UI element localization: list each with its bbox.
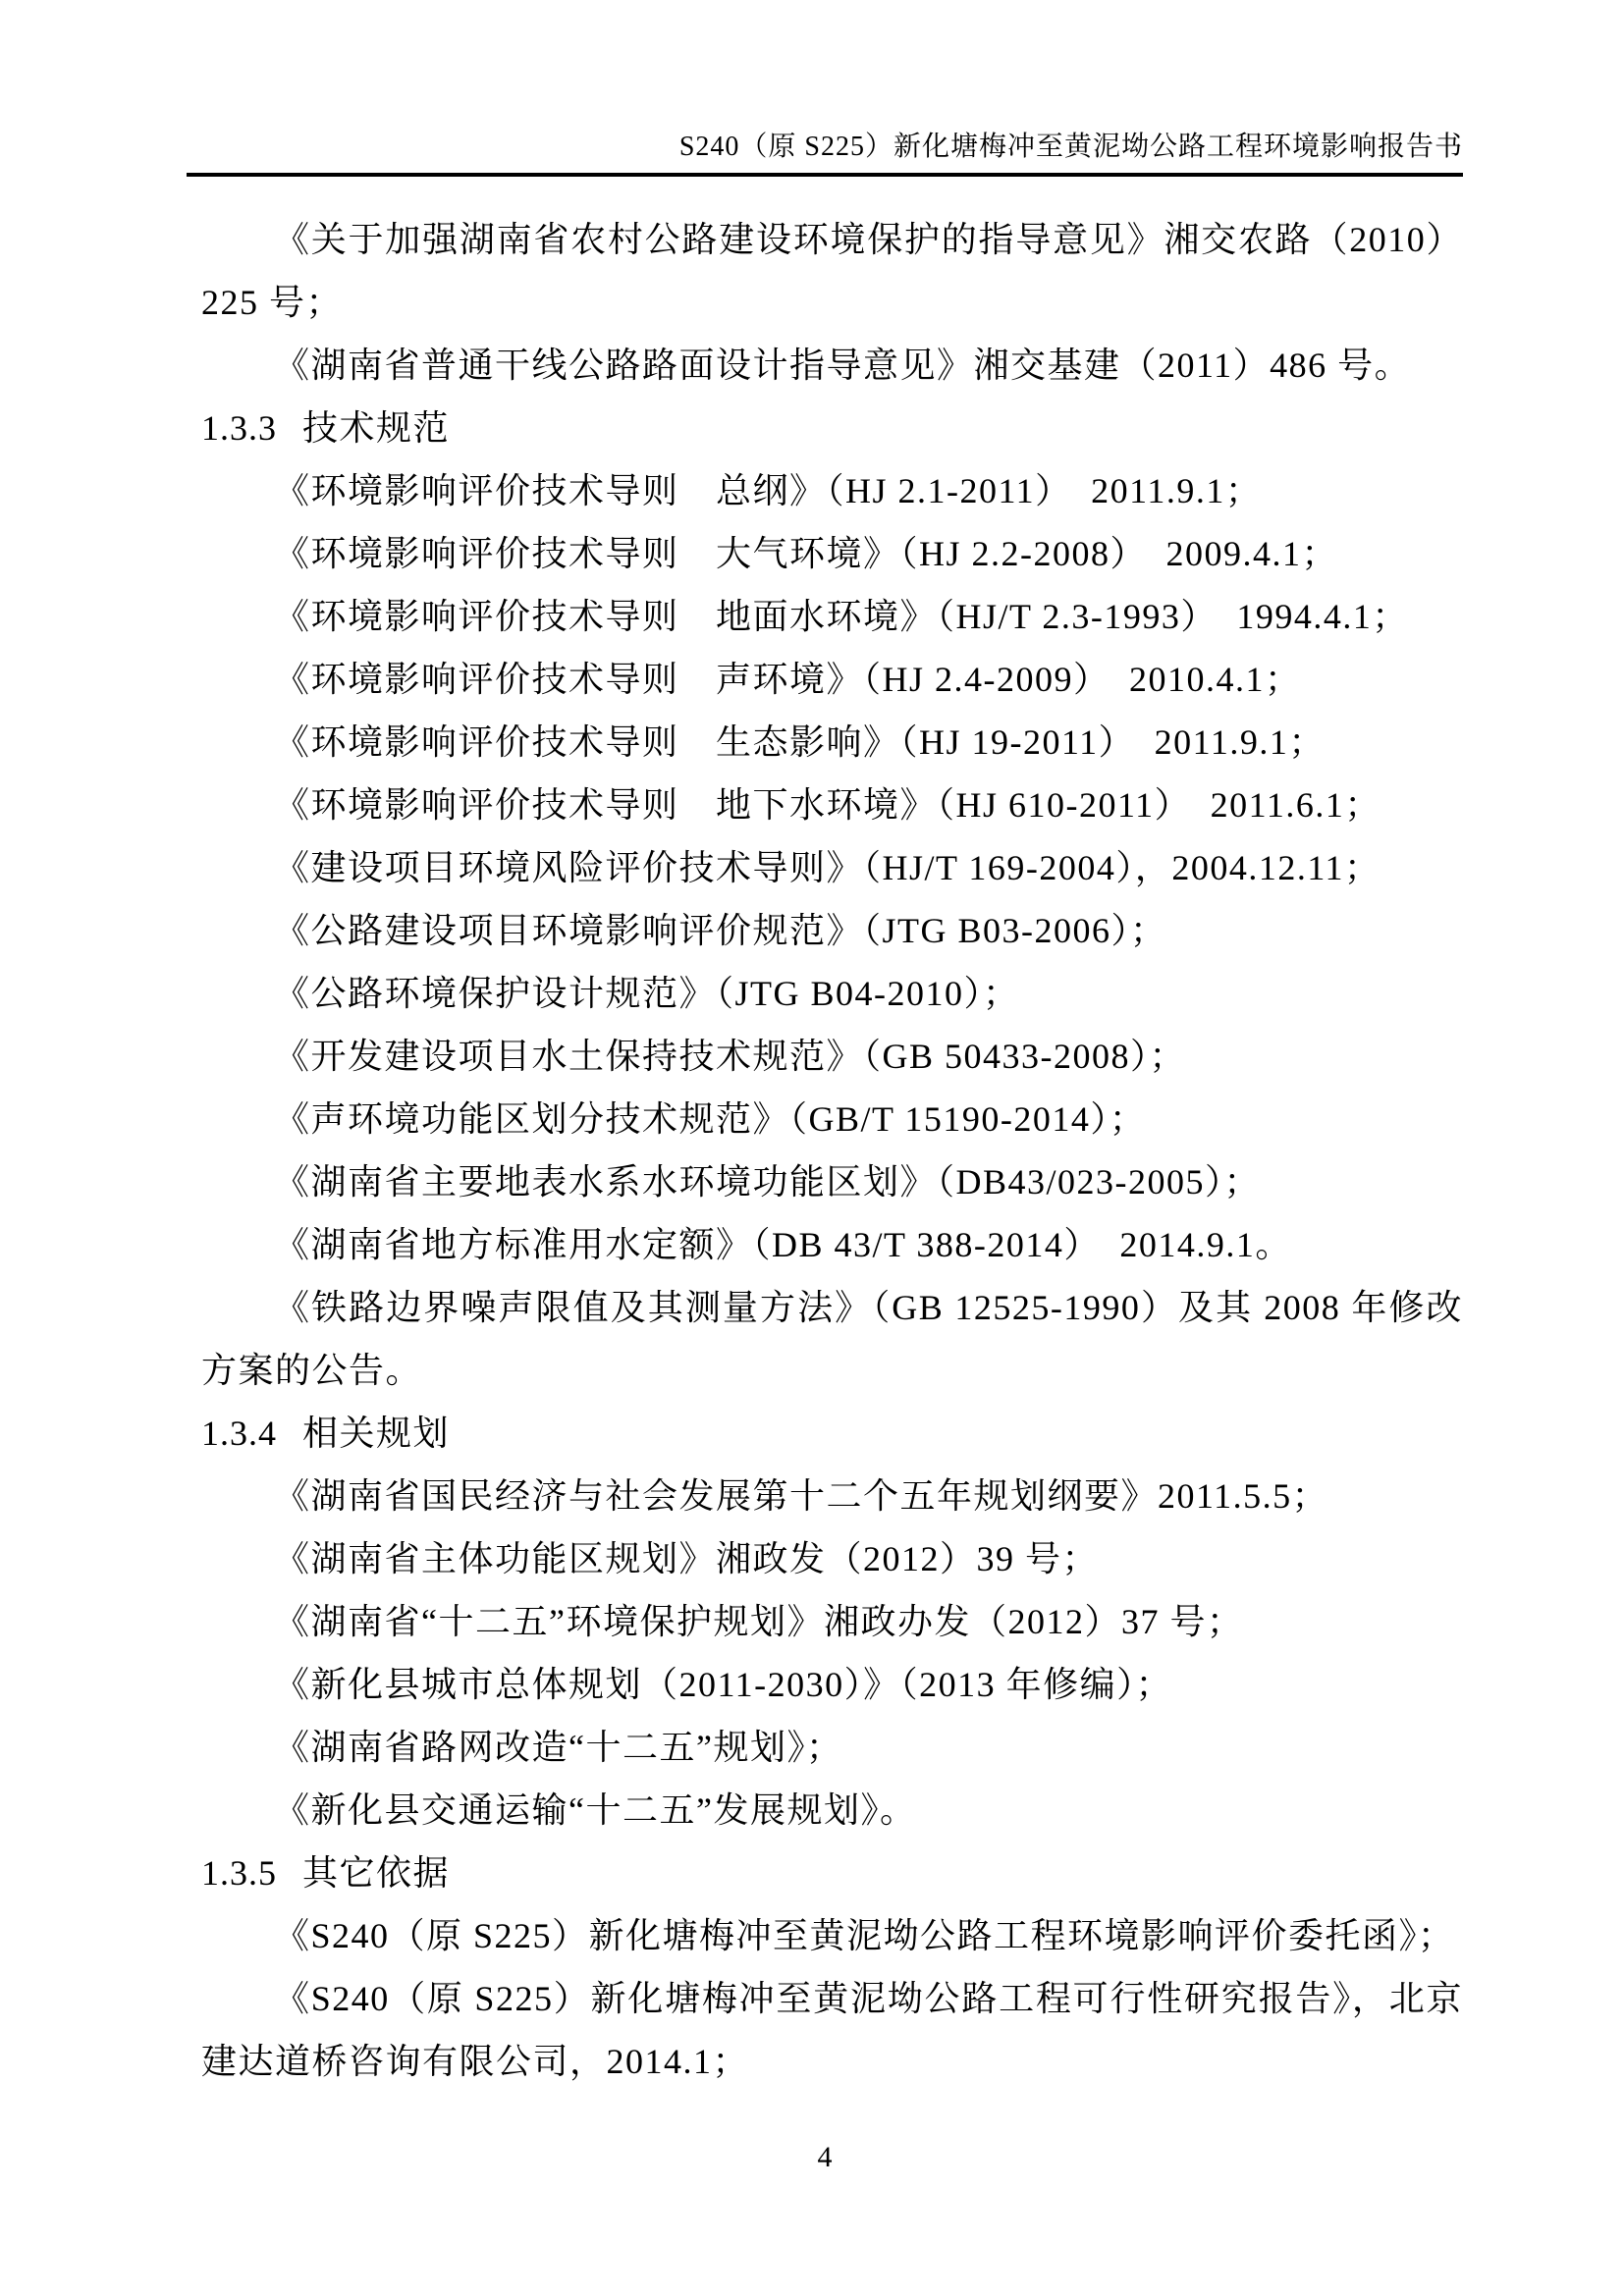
section-heading: 1.3.3技术规范 — [201, 397, 1463, 459]
page-header: S240（原 S225）新化塘梅冲至黄泥坳公路工程环境影响报告书 — [187, 130, 1463, 177]
paragraph: 《S240（原 S225）新化塘梅冲至黄泥坳公路工程环境影响评价委托函》； — [201, 1904, 1463, 1967]
document-page: S240（原 S225）新化塘梅冲至黄泥坳公路工程环境影响报告书 《关于加强湖南… — [0, 0, 1624, 2296]
paragraph: 《环境影响评价技术导则 生态影响》（HJ 19-2011） 2011.9.1； — [201, 711, 1463, 774]
paragraph: 《S240（原 S225）新化塘梅冲至黄泥坳公路工程可行性研究报告》，北京建达道… — [201, 1967, 1463, 2093]
paragraph: 《湖南省国民经济与社会发展第十二个五年规划纲要》2011.5.5； — [201, 1465, 1463, 1527]
paragraph: 《公路建设项目环境影响评价规范》（JTG B03-2006）； — [201, 899, 1463, 962]
page-number: 4 — [187, 2138, 1463, 2177]
page-footer: 4 — [187, 2138, 1463, 2177]
paragraph: 《铁路边界噪声限值及其测量方法》（GB 12525-1990）及其 2008 年… — [201, 1276, 1463, 1402]
paragraph: 《湖南省主要地表水系水环境功能区划》（DB43/023-2005）； — [201, 1150, 1463, 1213]
header-rule — [187, 173, 1463, 177]
document-body: 《关于加强湖南省农村公路建设环境保护的指导意见》湘交农路（2010）225 号；… — [201, 208, 1463, 2093]
paragraph: 《湖南省地方标准用水定额》（DB 43/T 388-2014） 2014.9.1… — [201, 1213, 1463, 1276]
section-number: 1.3.5 — [201, 1842, 277, 1904]
paragraph: 《公路环境保护设计规范》（JTG B04-2010）； — [201, 962, 1463, 1025]
section-title: 其它依据 — [302, 1853, 450, 1893]
section-heading: 1.3.4相关规划 — [201, 1402, 1463, 1465]
section-heading: 1.3.5其它依据 — [201, 1842, 1463, 1904]
paragraph: 《环境影响评价技术导则 声环境》（HJ 2.4-2009） 2010.4.1； — [201, 648, 1463, 711]
paragraph: 《湖南省主体功能区规划》湘政发（2012）39 号； — [201, 1527, 1463, 1590]
section-title: 技术规范 — [302, 408, 450, 448]
section-number: 1.3.3 — [201, 397, 277, 459]
paragraph: 《开发建设项目水土保持技术规范》（GB 50433-2008）； — [201, 1025, 1463, 1088]
paragraph: 《湖南省普通干线公路路面设计指导意见》湘交基建（2011）486 号。 — [201, 334, 1463, 397]
paragraph: 《环境影响评价技术导则 地面水环境》（HJ/T 2.3-1993） 1994.4… — [201, 585, 1463, 648]
section-number: 1.3.4 — [201, 1402, 277, 1465]
paragraph: 《环境影响评价技术导则 地下水环境》（HJ 610-2011） 2011.6.1… — [201, 774, 1463, 836]
paragraph: 《声环境功能区划分技术规范》（GB/T 15190-2014）； — [201, 1088, 1463, 1150]
paragraph: 《环境影响评价技术导则 总纲》（HJ 2.1-2011） 2011.9.1； — [201, 459, 1463, 522]
paragraph: 《湖南省“十二五”环境保护规划》湘政办发（2012）37 号； — [201, 1590, 1463, 1653]
paragraph: 《关于加强湖南省农村公路建设环境保护的指导意见》湘交农路（2010）225 号； — [201, 208, 1463, 334]
paragraph: 《湖南省路网改造“十二五”规划》； — [201, 1716, 1463, 1779]
section-title: 相关规划 — [302, 1414, 450, 1453]
paragraph: 《环境影响评价技术导则 大气环境》（HJ 2.2-2008） 2009.4.1； — [201, 522, 1463, 585]
paragraph: 《新化县城市总体规划（2011-2030）》（2013 年修编）； — [201, 1653, 1463, 1716]
paragraph: 《建设项目环境风险评价技术导则》（HJ/T 169-2004），2004.12.… — [201, 836, 1463, 899]
paragraph: 《新化县交通运输“十二五”发展规划》。 — [201, 1779, 1463, 1842]
running-header-title: S240（原 S225）新化塘梅冲至黄泥坳公路工程环境影响报告书 — [187, 130, 1463, 165]
